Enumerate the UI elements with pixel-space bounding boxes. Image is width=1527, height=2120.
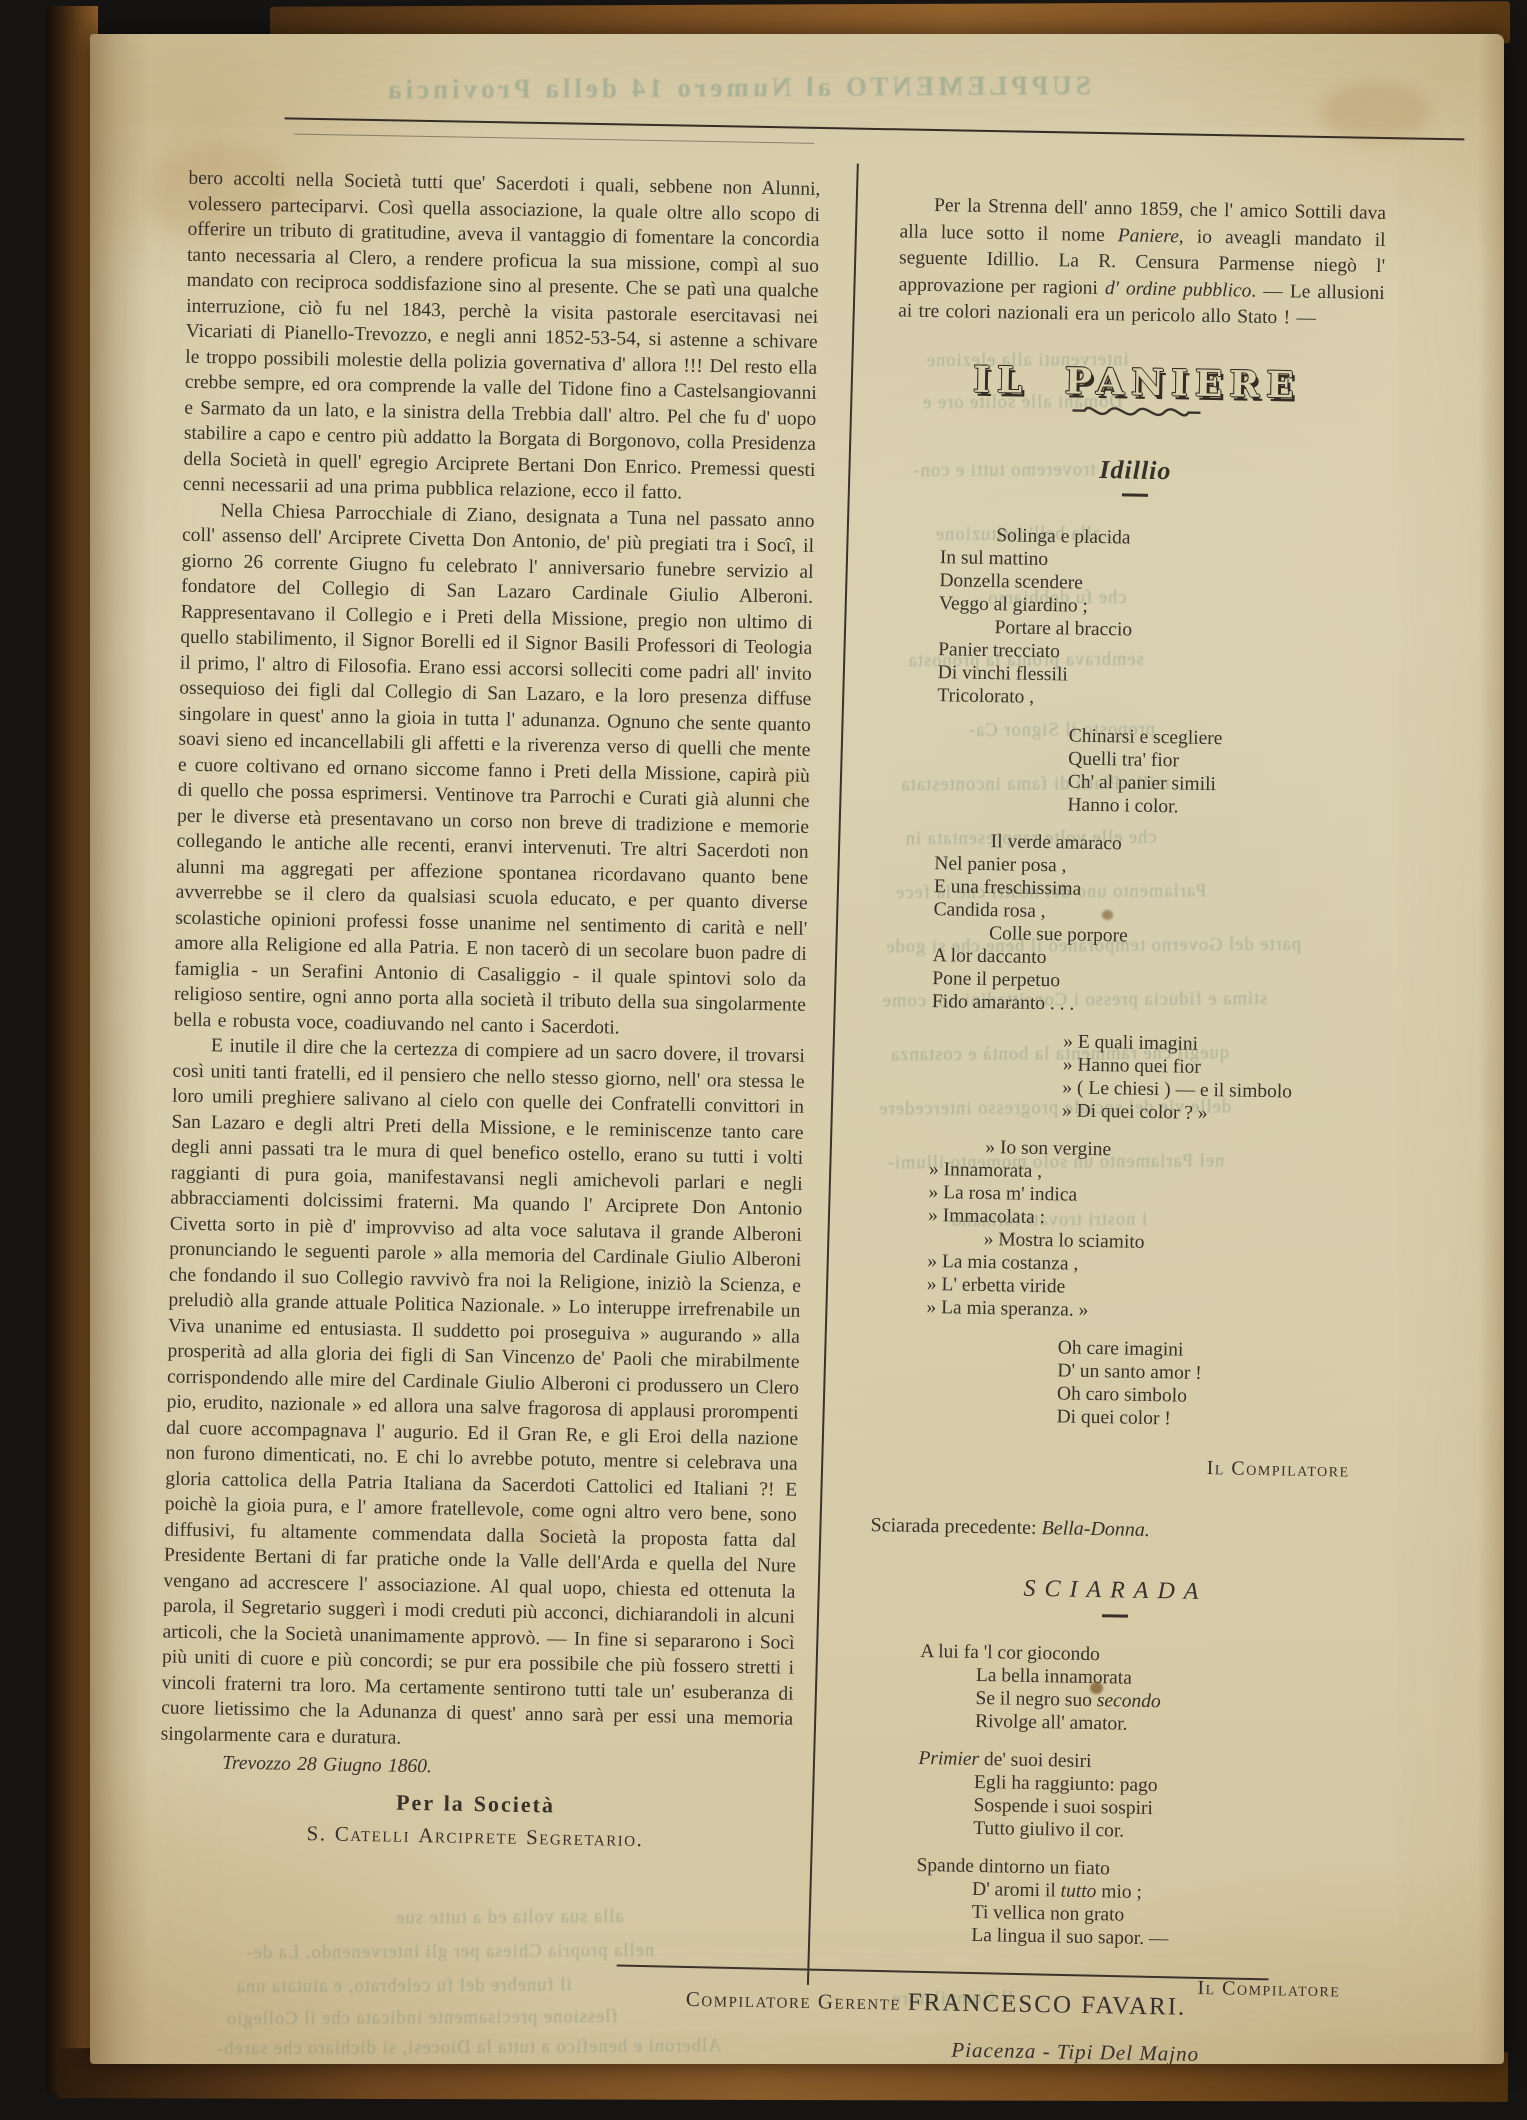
line-italic: tutto — [1060, 1880, 1096, 1902]
scanned-newspaper-page: SUPPLEMENTO al Numero 14 della Provincia… — [0, 0, 1527, 2120]
charade-title: SCIARADA — [869, 1575, 1361, 1607]
line-text: de' suoi desiri — [979, 1749, 1092, 1772]
signatory: S. Catelli — [306, 1821, 410, 1847]
previous-charade-label: Sciarada precedente: — [870, 1514, 1041, 1539]
gerente-role: Compilatore Gerente — [686, 1987, 908, 2015]
poem-line: Hanno i color. — [1067, 793, 1375, 821]
line-italic: Primier — [918, 1747, 979, 1769]
poem-stanza: » Io son vergine » Innamorata , » La ros… — [874, 1134, 1369, 1327]
line-italic: secondo — [1097, 1690, 1161, 1712]
poem-stanza: Solinga e placida In sul mattino Donzell… — [885, 522, 1380, 715]
header-rule-secondary — [294, 134, 814, 144]
line-text: D' aromi il — [972, 1878, 1061, 1901]
article-paragraph: Nella Chiesa Parrocchiale di Ziano, desi… — [173, 497, 814, 1044]
poem-line: » Di quei color ? » — [1062, 1099, 1370, 1127]
previous-charade-answer: Sciarada precedente: Bella-Donna. — [870, 1514, 1362, 1546]
previous-charade-solution: Bella-Donna. — [1041, 1517, 1150, 1541]
intro-italic: Paniere — [1118, 225, 1179, 247]
charade-stanza: Spande dintorno un fiato D' aromi il tut… — [863, 1853, 1357, 1954]
compiler-signature: Il Compilatore — [872, 1451, 1364, 1483]
poem-subtitle: Idillio — [889, 454, 1381, 486]
intro-italic: d' ordine pubblico — [1105, 278, 1252, 302]
poem-stanza: Oh care imagini D' un santo amor ! Oh ca… — [872, 1333, 1366, 1434]
poem-title: IL PANIERE — [891, 367, 1383, 399]
poem-stanza: Il verde amaraco Nel panier posa , E una… — [880, 828, 1375, 1021]
article-paragraph: E inutile il dire che la certezza di com… — [161, 1033, 806, 1758]
subtitle-dash — [1122, 493, 1148, 496]
ornament-divider — [890, 398, 1382, 431]
charade-stanza: Primier de' suoi desiri Egli ha raggiunt… — [865, 1746, 1359, 1847]
line-text: Se il negro suo — [975, 1687, 1097, 1710]
signature-organization: Per la Società — [159, 1785, 791, 1822]
printed-content: bero accolti nella Società tutti que' Sa… — [55, 28, 1505, 2083]
gerente-name: FRANCESCO FAVARI. — [908, 1989, 1187, 2021]
poem-stanza: » E quali imagini » Hanno quei fior » ( … — [878, 1027, 1372, 1128]
article-paragraph: bero accolti nella Società tutti que' Sa… — [183, 166, 821, 509]
poem-stanza: Chinarsi e scegliere Quelli tra' fior Ch… — [883, 721, 1377, 822]
right-column: Per la Strenna dell' anno 1859, che l' a… — [862, 192, 1386, 2002]
signature-name: S. Catelli Arciprete Segretario. — [159, 1818, 791, 1855]
printer-imprint: Piacenza - Tipi Del Majno — [835, 2036, 1315, 2070]
line-text: mio ; — [1096, 1881, 1142, 1903]
left-column: bero accolti nella Società tutti que' Sa… — [159, 166, 821, 1855]
signatory-role: Arciprete Segretario. — [418, 1823, 643, 1851]
charade-stanza: A lui fa 'l cor giocondo La bella innamo… — [867, 1639, 1361, 1740]
poem-line: Di quei color ! — [1056, 1405, 1364, 1433]
intro-paragraph: Per la Strenna dell' anno 1859, che l' a… — [898, 192, 1386, 333]
paper-sheet: SUPPLEMENTO al Numero 14 della Provincia… — [90, 34, 1504, 2064]
charade-dash — [1102, 1614, 1128, 1617]
chain-ornament-icon — [1070, 401, 1202, 421]
